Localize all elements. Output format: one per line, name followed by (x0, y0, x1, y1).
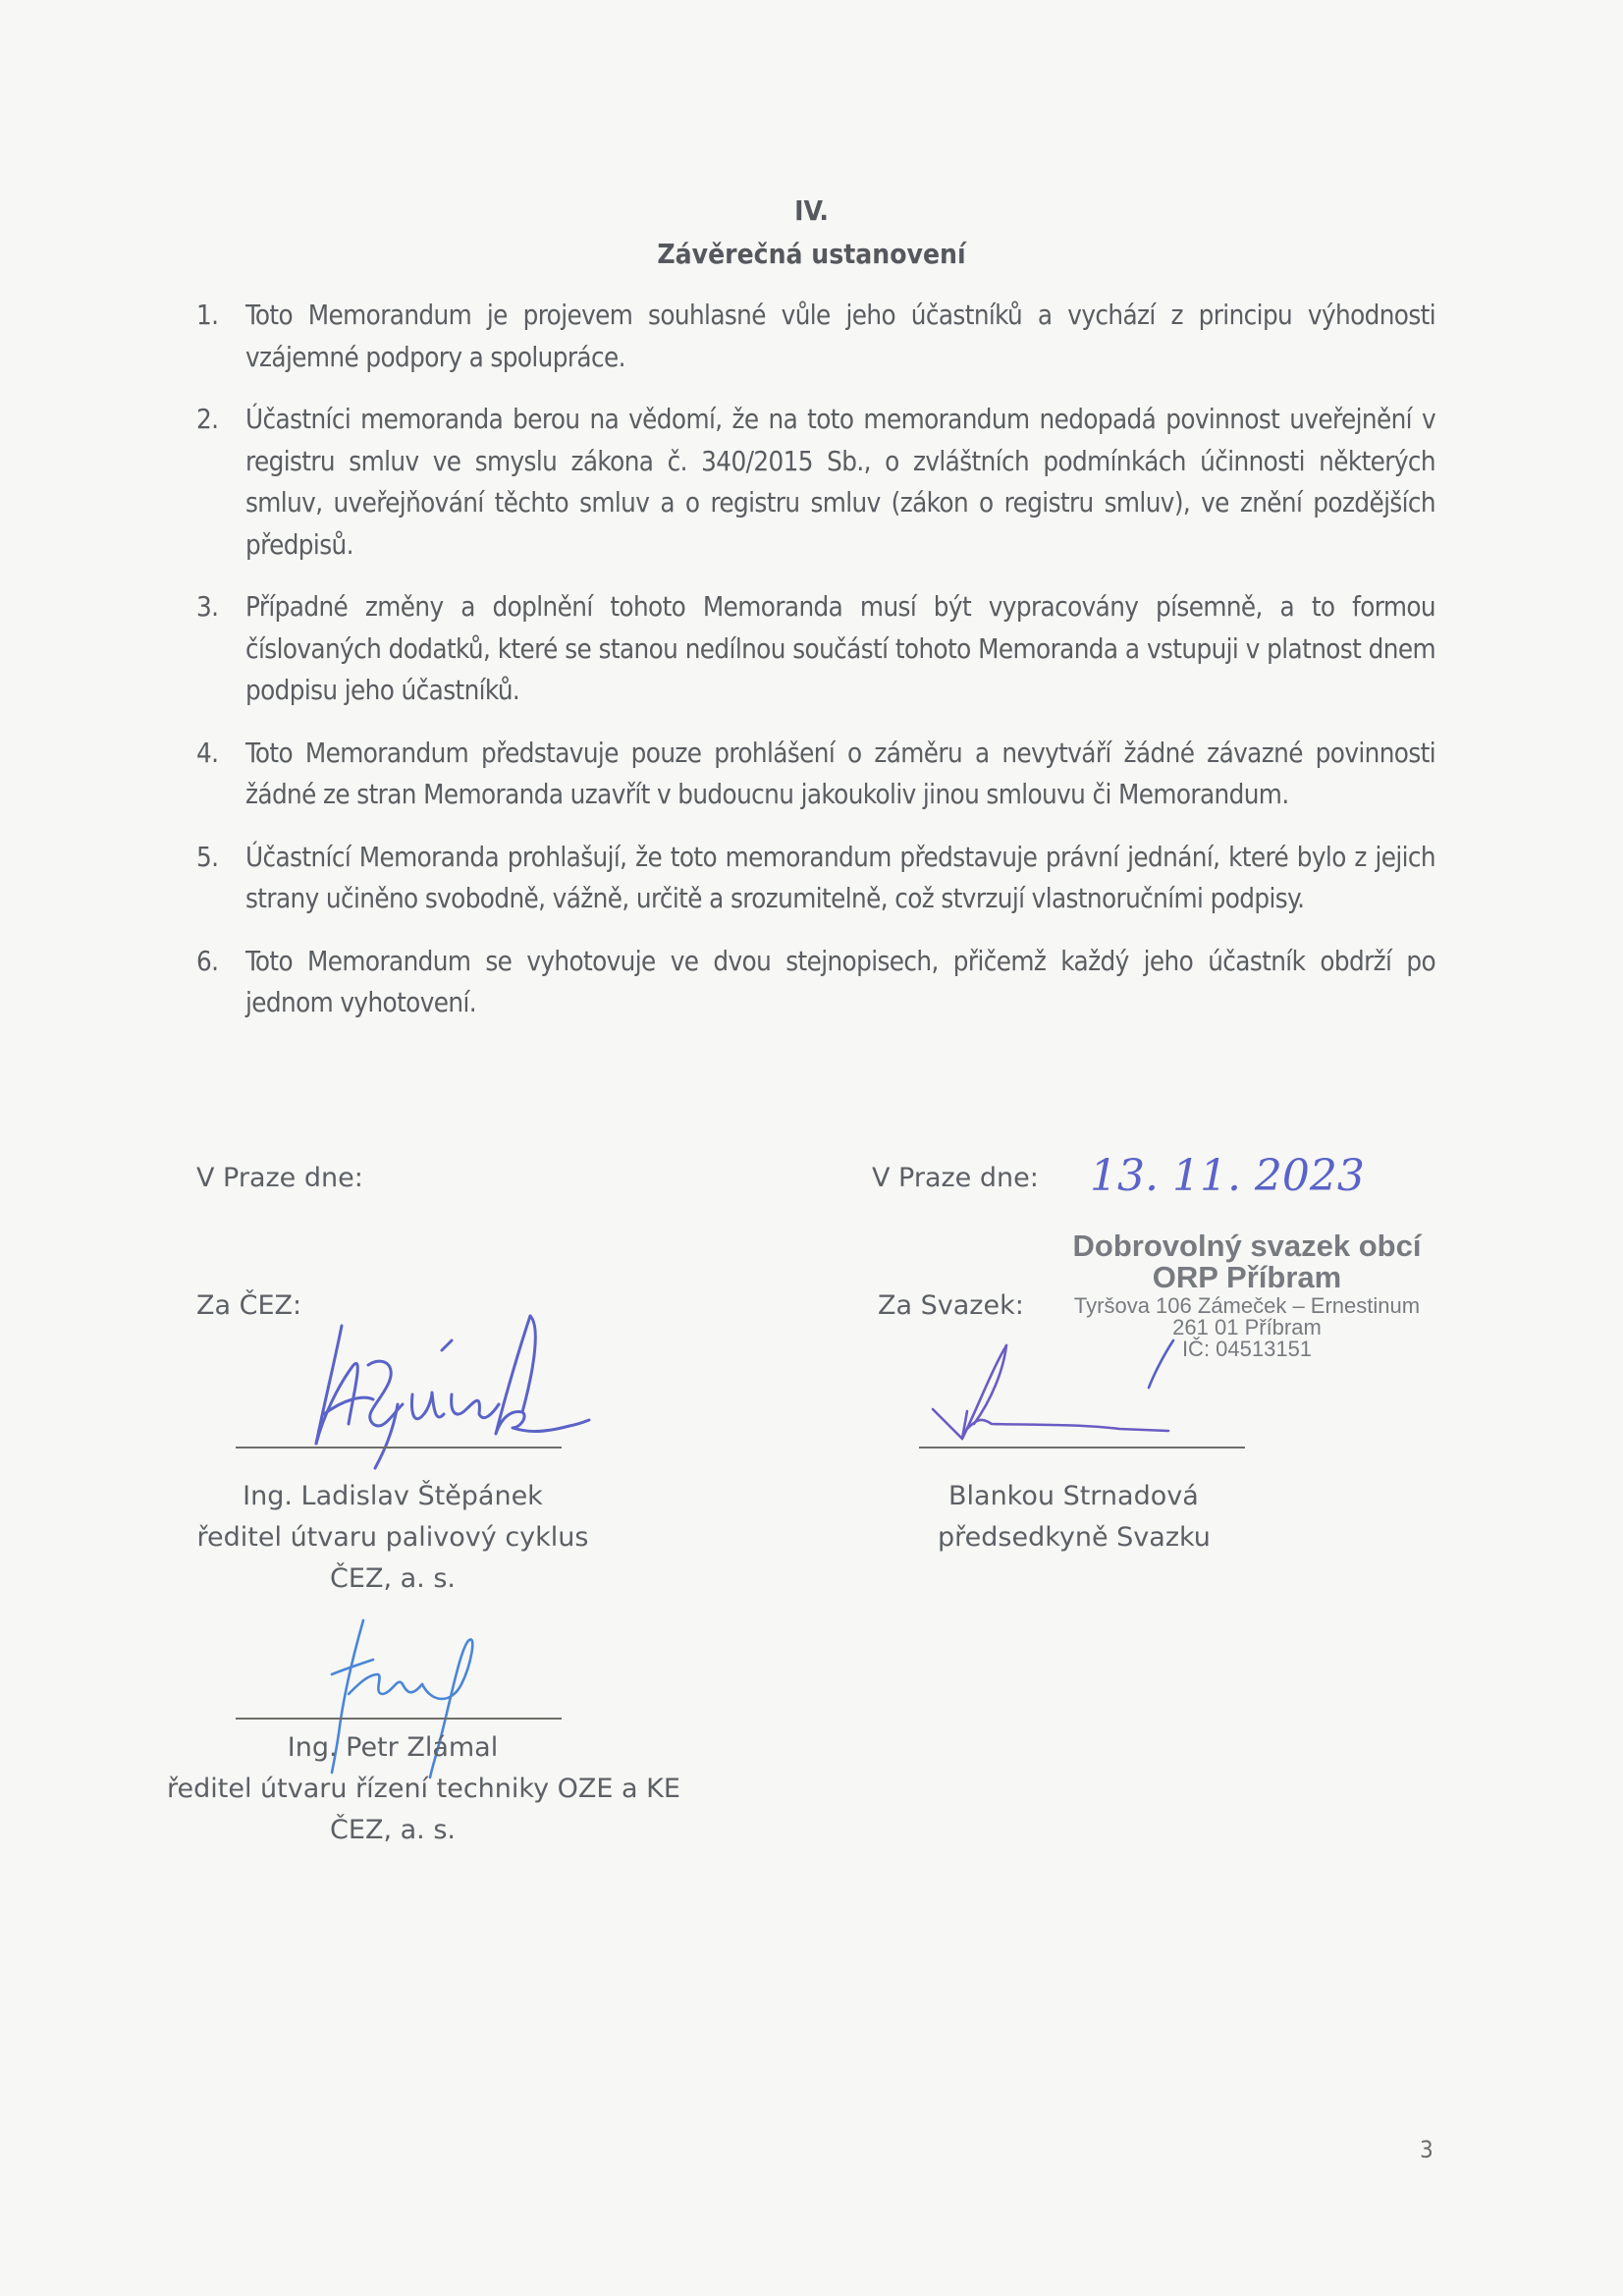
signatory-role: předsedkyně Svazku (938, 1522, 1211, 1553)
signature-strnadova (923, 1331, 1217, 1449)
signatory-name: Blankou Strnadová (948, 1481, 1199, 1511)
section-title: Závěrečná ustanovení (0, 238, 1623, 270)
signatory-name: Ing. Ladislav Štěpánek (196, 1481, 589, 1511)
signatory-company: ČEZ, a. s. (196, 1815, 589, 1845)
left-party-label: Za ČEZ: (196, 1290, 301, 1321)
clause-item: 1. Toto Memorandum je projevem souhlasné… (196, 295, 1435, 378)
section-number: IV. (0, 194, 1623, 227)
signature-line (236, 1447, 562, 1449)
clause-text: Účastníci memoranda berou na vědomí, že … (245, 404, 1435, 561)
clause-number: 1. (196, 295, 218, 337)
stamp-line: Tyršova 106 Zámeček – Ernestinum (1065, 1295, 1429, 1317)
clause-number: 4. (196, 733, 218, 775)
stamp-line: Dobrovolný svazek obcí (1065, 1230, 1429, 1262)
clause-number: 5. (196, 837, 218, 879)
signatory-role: ředitel útvaru řízení techniky OZE a KE (167, 1774, 619, 1804)
clause-text: Účastnící Memoranda prohlašují, že toto … (245, 842, 1435, 915)
clause-item: 2. Účastníci memoranda berou na vědomí, … (196, 399, 1435, 566)
clause-item: 4. Toto Memorandum představuje pouze pro… (196, 733, 1435, 816)
clause-number: 3. (196, 586, 218, 629)
left-place-date-label: V Praze dne: (196, 1163, 363, 1193)
right-place-date-label: V Praze dne: (872, 1163, 1039, 1193)
clause-list: 1. Toto Memorandum je projevem souhlasné… (196, 295, 1435, 1045)
page-number: 3 (1420, 2136, 1434, 2163)
clause-item: 5. Účastnící Memoranda prohlašují, že to… (196, 837, 1435, 920)
signature-line (236, 1718, 562, 1720)
signatory-company: ČEZ, a. s. (196, 1563, 589, 1594)
stamp-line: ORP Příbram (1065, 1262, 1429, 1293)
clause-text: Toto Memorandum se vyhotovuje ve dvou st… (245, 946, 1435, 1019)
clause-text: Toto Memorandum představuje pouze prohlá… (245, 738, 1435, 811)
signatory-name: Ing. Petr Zlámal (196, 1732, 589, 1763)
right-party-label: Za Svazek: (878, 1290, 1024, 1321)
signature-line (919, 1447, 1245, 1449)
clause-number: 2. (196, 399, 218, 441)
document-page: IV. Závěrečná ustanovení 1. Toto Memoran… (0, 0, 1623, 2296)
clause-text: Případné změny a doplnění tohoto Memoran… (245, 591, 1435, 706)
clause-number: 6. (196, 941, 218, 983)
clause-item: 6. Toto Memorandum se vyhotovuje ve dvou… (196, 941, 1435, 1024)
handwritten-date: 13. 11. 2023 (1090, 1151, 1365, 1201)
clause-item: 3. Případné změny a doplnění tohoto Memo… (196, 586, 1435, 712)
signatory-role: ředitel útvaru palivový cyklus (187, 1522, 599, 1553)
clause-text: Toto Memorandum je projevem souhlasné vů… (245, 300, 1435, 373)
